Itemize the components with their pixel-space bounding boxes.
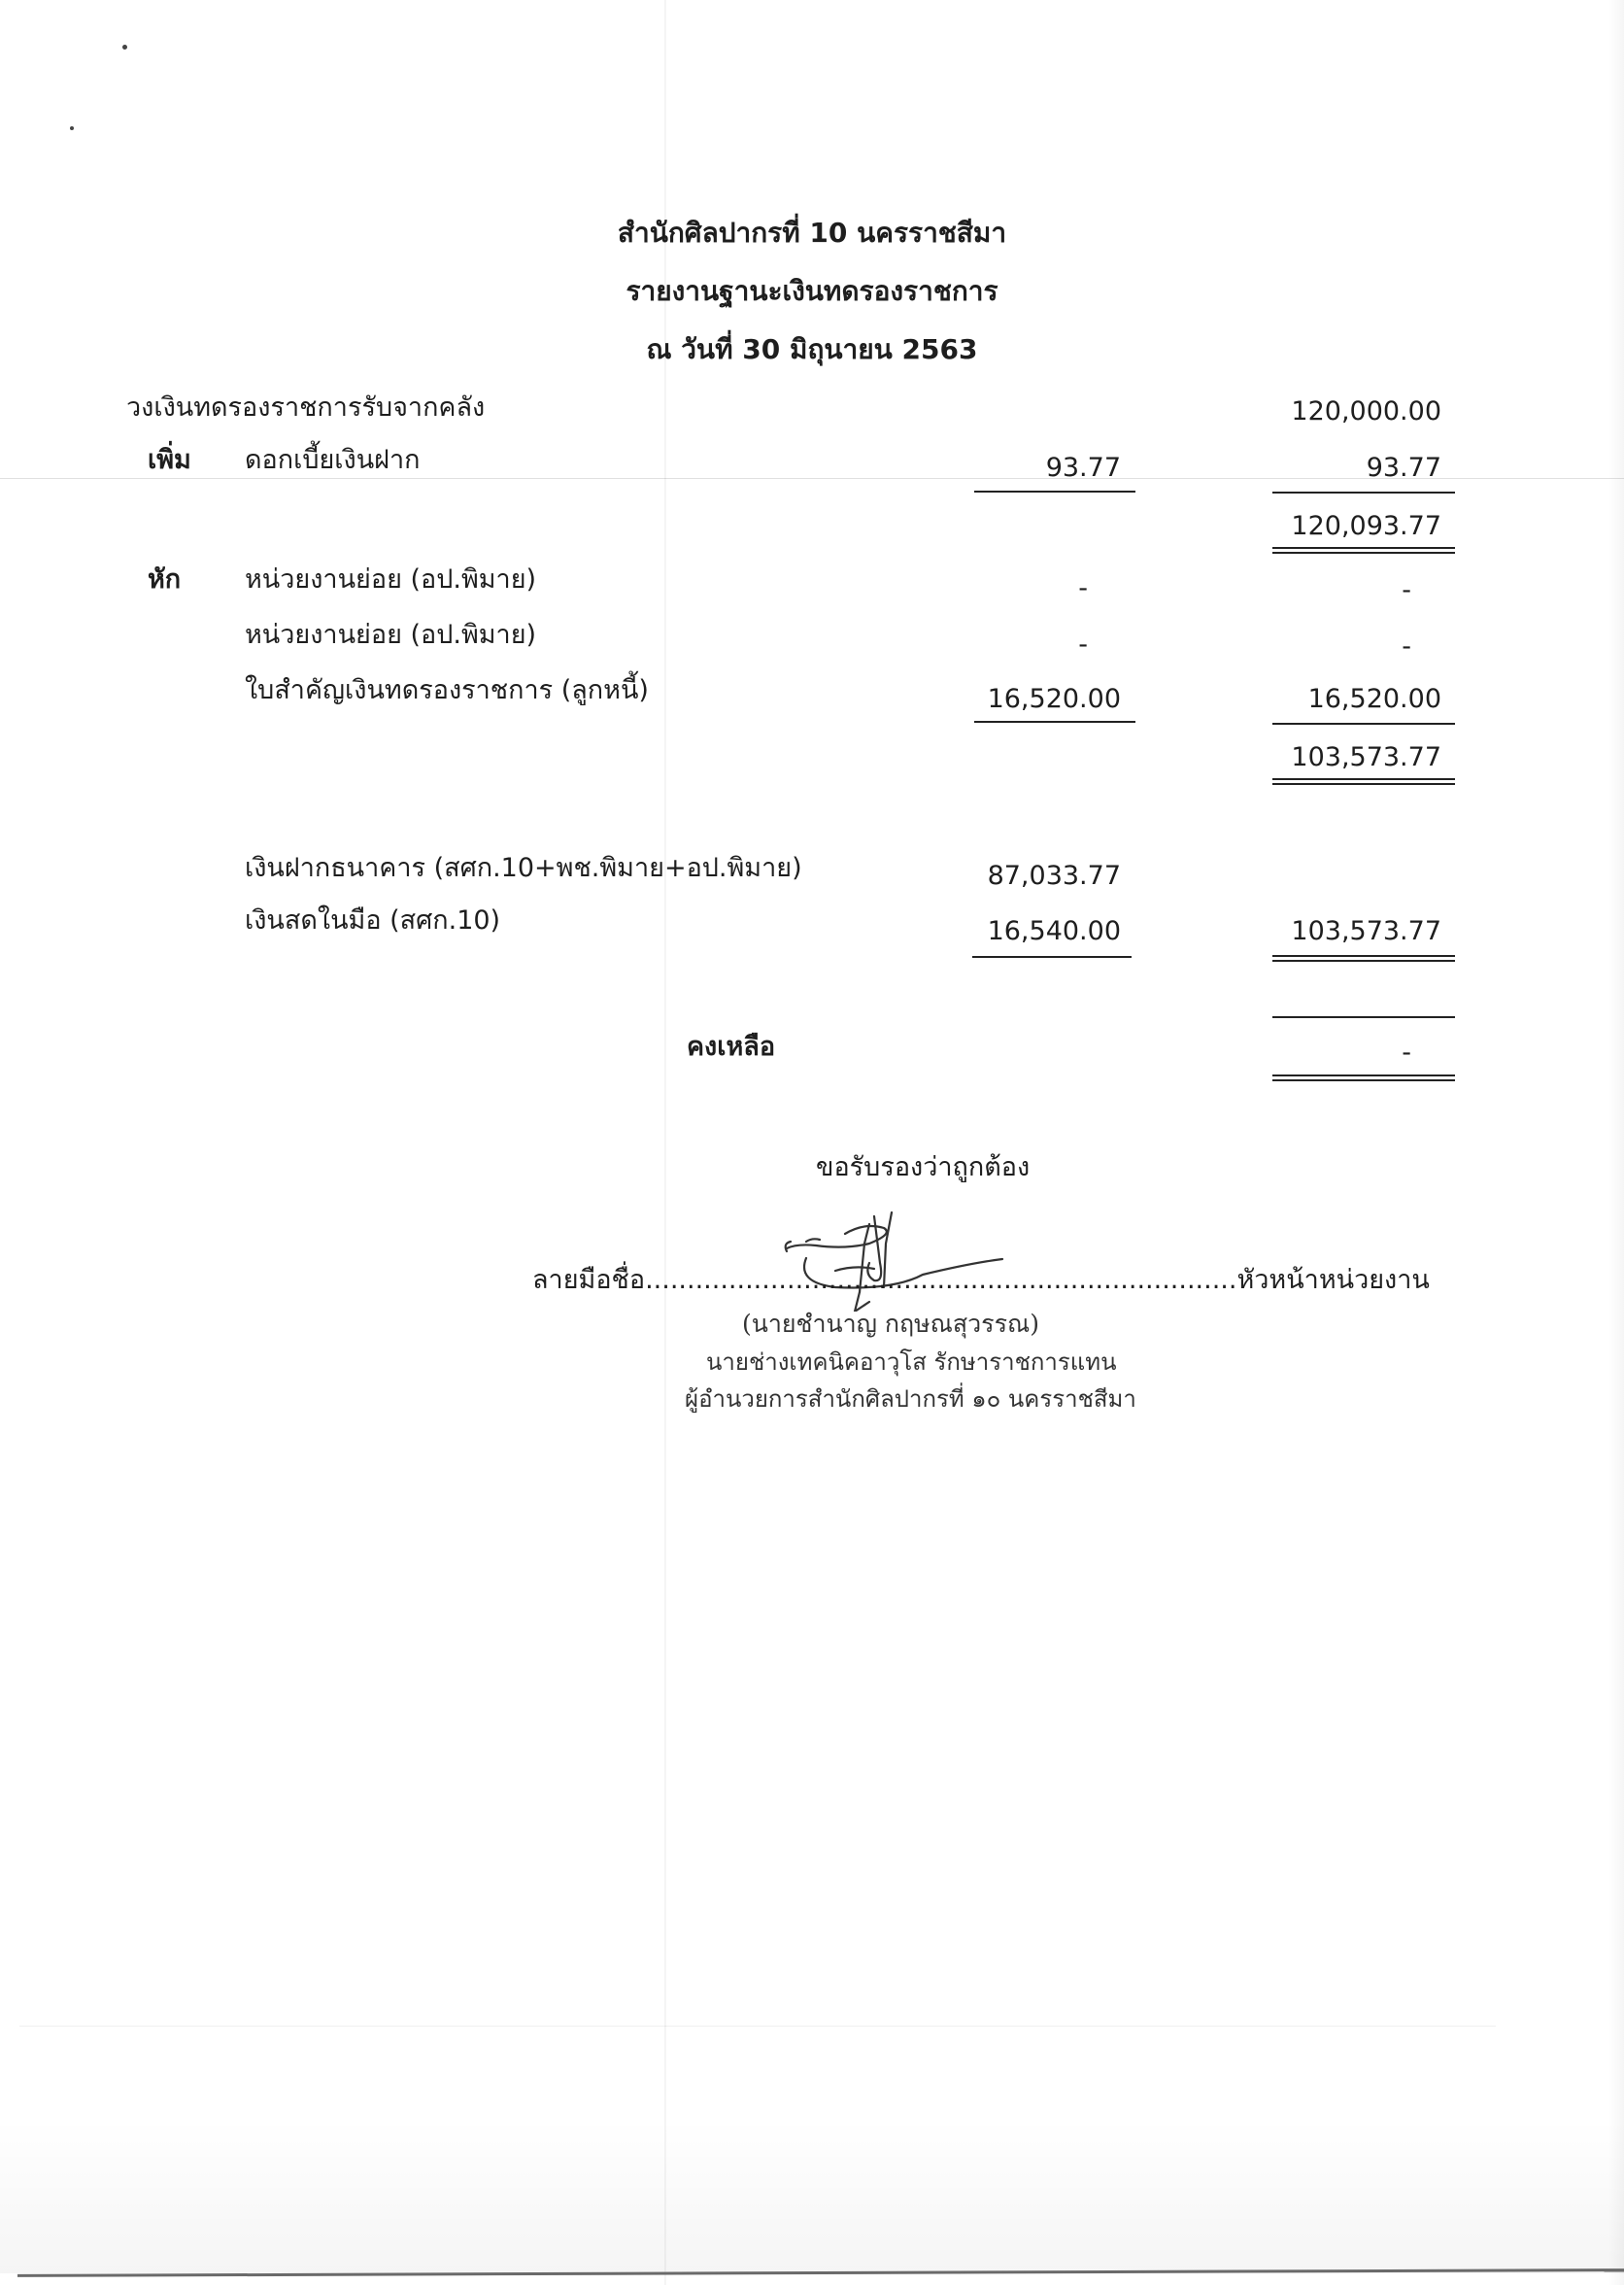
deduct-item-total: 16,520.00 <box>1272 686 1441 712</box>
add-section-label: เพิ่ม <box>148 447 191 473</box>
remaining-label: คงเหลือ <box>687 1034 775 1060</box>
underline <box>1272 723 1455 725</box>
double-underline <box>1272 547 1455 554</box>
deduct-item-label: หน่วยงานย่อย (อป.พิมาย) <box>245 566 536 593</box>
deduct-item-amount: - <box>971 631 1088 658</box>
double-underline <box>1272 778 1455 785</box>
add-item-amount: 93.77 <box>971 455 1121 481</box>
double-underline <box>1272 955 1455 962</box>
underline <box>1272 1016 1455 1018</box>
add-subtotal: 120,093.77 <box>1272 513 1441 539</box>
scan-speck <box>122 45 127 50</box>
deduct-item-amount: 16,520.00 <box>971 686 1121 712</box>
cash-on-hand-label: เงินสดในมือ (สศก.10) <box>245 907 500 934</box>
deduct-section-label: หัก <box>148 566 181 593</box>
advance-fund-total: 120,000.00 <box>1272 398 1441 425</box>
deduct-item-amount: - <box>971 575 1088 601</box>
report-date: ณ วันที่ 30 มิถุนายน 2563 <box>0 336 1624 363</box>
deduct-item-total: - <box>1272 577 1411 603</box>
signer-position: นายช่างเทคนิคอาวุโส รักษาราชการแทน <box>706 1350 1116 1374</box>
deduct-item-total: - <box>1272 633 1411 660</box>
underline <box>972 956 1132 958</box>
add-item-total: 93.77 <box>1272 455 1441 481</box>
report-title: รายงานฐานะเงินทดรองราชการ <box>0 278 1624 305</box>
remaining-value: - <box>1272 1040 1411 1066</box>
double-underline <box>1272 1074 1455 1081</box>
signer-office: ผู้อำนวยการสำนักศิลปากรที่ ๑๐ นครราชสีมา <box>685 1387 1136 1411</box>
signer-name: (นายชำนาญ กฤษณสุวรรณ) <box>742 1312 1039 1336</box>
paper-crease <box>19 2026 1496 2027</box>
underline <box>1272 492 1455 494</box>
certification-statement: ขอรับรองว่าถูกต้อง <box>816 1154 1030 1180</box>
add-item-label: ดอกเบี้ยเงินฝาก <box>245 447 420 473</box>
deduct-item-label: ใบสำคัญเงินทดรองราชการ (ลูกหนี้) <box>245 677 649 703</box>
underline <box>974 491 1135 493</box>
bank-deposit-amount: 87,033.77 <box>971 863 1121 889</box>
bank-deposit-label: เงินฝากธนาคาร (สศก.10+พช.พิมาย+อป.พิมาย) <box>245 855 802 881</box>
deduct-subtotal: 103,573.77 <box>1272 744 1441 770</box>
organization-title: สำนักศิลปากรที่ 10 นครราชสีมา <box>0 220 1624 247</box>
handwritten-signature <box>777 1205 1010 1312</box>
signature-line: ลายมือชื่อ..............................… <box>532 1267 1430 1293</box>
cash-on-hand-amount: 16,540.00 <box>971 918 1121 944</box>
deduct-item-label: หน่วยงานย่อย (อป.พิมาย) <box>245 622 536 648</box>
advance-fund-label: วงเงินทดรองราชการรับจากคลัง <box>126 394 485 421</box>
underline <box>974 721 1135 723</box>
scan-speck <box>70 126 74 130</box>
holdings-total: 103,573.77 <box>1272 918 1441 944</box>
scan-shadow <box>0 2118 1624 2273</box>
